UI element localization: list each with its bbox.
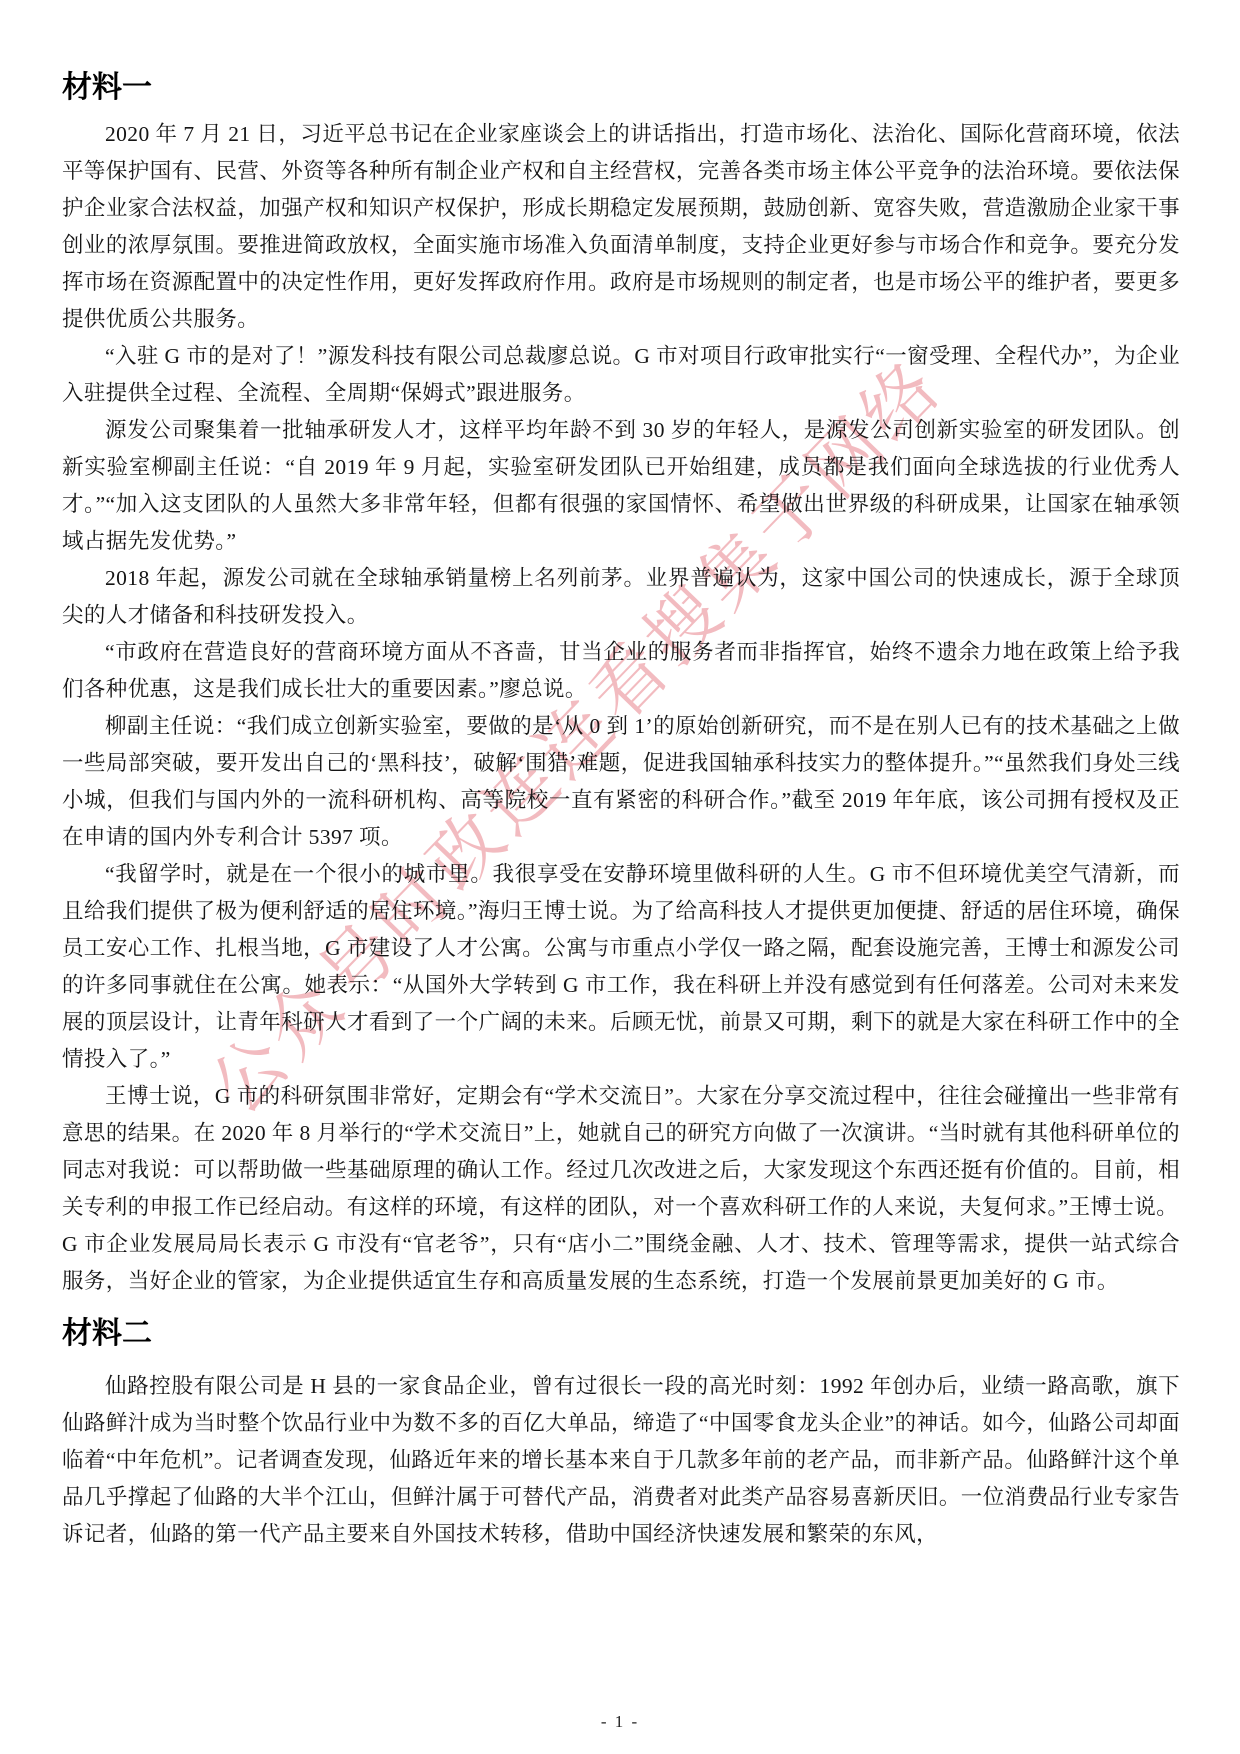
paragraph: “入驻 G 市的是对了！”源发科技有限公司总裁廖总说。G 市对项目行政审批实行“… — [62, 338, 1180, 412]
section-heading: 材料二 — [62, 1316, 1180, 1352]
section-heading: 材料一 — [62, 70, 1180, 106]
paragraph: G 市企业发展局局长表示 G 市没有“官老爷”，只有“店小二”围绕金融、人才、技… — [62, 1226, 1180, 1300]
paragraph: 柳副主任说：“我们成立创新实验室，要做的是‘从 0 到 1’的原始创新研究，而不… — [62, 708, 1180, 856]
page-number: - 1 - — [0, 1712, 1240, 1732]
paragraph: 王博士说，G 市的科研氛围非常好，定期会有“学术交流日”。大家在分享交流过程中，… — [62, 1078, 1180, 1226]
document-page: 公众号时政连连看搜集于网络 材料一2020 年 7 月 21 日，习近平总书记在… — [0, 0, 1240, 1754]
paragraph: “我留学时，就是在一个很小的城市里。我很享受在安静环境里做科研的人生。G 市不但… — [62, 856, 1180, 1078]
paragraph: 2020 年 7 月 21 日，习近平总书记在企业家座谈会上的讲话指出，打造市场… — [62, 116, 1180, 338]
paragraph: “市政府在营造良好的营商环境方面从不吝啬，甘当企业的服务者而非指挥官，始终不遗余… — [62, 634, 1180, 708]
paragraph: 源发公司聚集着一批轴承研发人才，这样平均年龄不到 30 岁的年轻人，是源发公司创… — [62, 412, 1180, 560]
paragraph: 2018 年起，源发公司就在全球轴承销量榜上名列前茅。业界普遍认为，这家中国公司… — [62, 560, 1180, 634]
sections-container: 材料一2020 年 7 月 21 日，习近平总书记在企业家座谈会上的讲话指出，打… — [62, 70, 1180, 1553]
paragraph: 仙路控股有限公司是 H 县的一家食品企业，曾有过很长一段的高光时刻：1992 年… — [62, 1368, 1180, 1553]
